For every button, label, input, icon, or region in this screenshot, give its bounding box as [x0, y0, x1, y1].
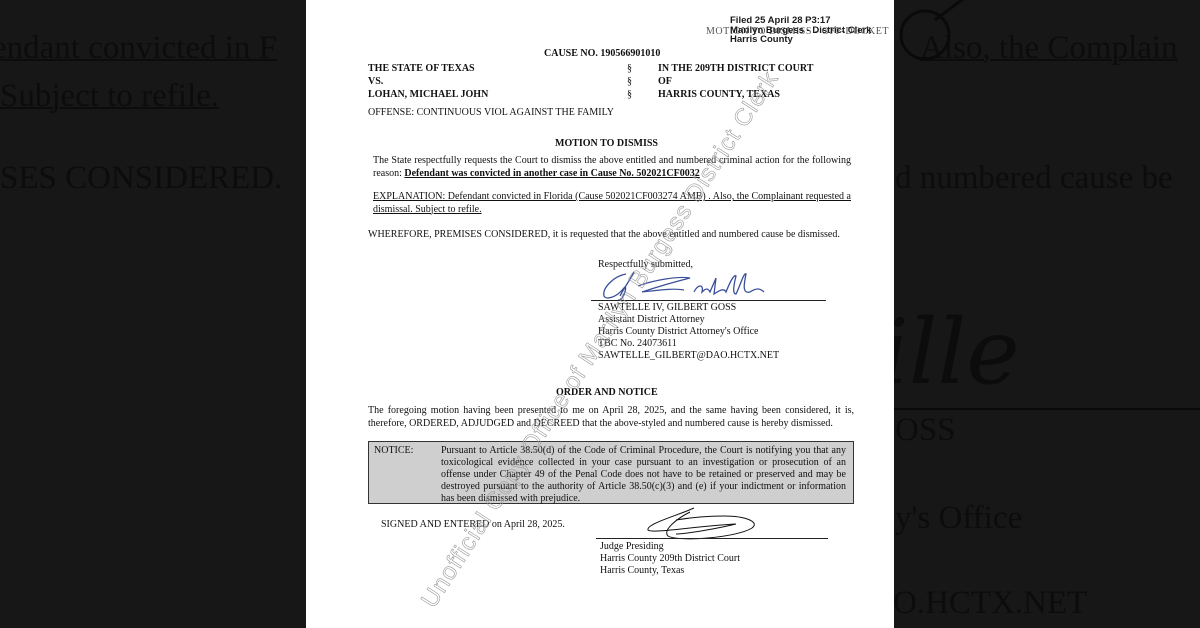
echo-line: endant convicted in F	[0, 30, 277, 67]
notice-box: NOTICE: Pursuant to Article 38.50(d) of …	[368, 441, 854, 504]
court-name: IN THE 209TH DISTRICT COURT	[658, 63, 813, 74]
section-mark: §	[627, 63, 632, 74]
section-mark: §	[627, 76, 632, 87]
party-vs: VS.	[368, 76, 383, 87]
echo-stamp-circle	[895, 0, 1015, 70]
judge-signature	[636, 504, 796, 542]
echo-line: OSS	[895, 412, 956, 449]
wherefore-clause: WHEREFORE, PREMISES CONSIDERED, it is re…	[368, 229, 856, 242]
county-stamp: Harris County	[730, 35, 793, 45]
offense: OFFENSE: CONTINUOUS VIOL AGAINST THE FAM…	[368, 107, 614, 118]
echo-line: O.HCTX.NET	[893, 585, 1087, 622]
party-defendant: LOHAN, MICHAEL JOHN	[368, 89, 488, 100]
cause-number: CAUSE NO. 190566901010	[544, 48, 660, 59]
echo-line: y's Office	[895, 500, 1022, 537]
echo-rule	[894, 408, 1200, 410]
motion-reason: Defendant was convicted in another case …	[404, 168, 699, 179]
echo-line: Subject to refile.	[0, 78, 219, 115]
echo-line: d numbered cause be	[895, 160, 1173, 197]
judge-location: Harris County, Texas	[600, 565, 684, 576]
prosecutor-email: SAWTELLE_GILBERT@DAO.HCTX.NET	[598, 350, 779, 361]
motion-request: The State respectfully requests the Cour…	[373, 155, 851, 180]
order-text: The foregoing motion having been present…	[368, 405, 854, 430]
court-of: OF	[658, 76, 672, 87]
judge-court: Harris County 209th District Court	[600, 553, 740, 564]
motion-explanation: EXPLANATION: Defendant convicted in Flor…	[373, 191, 851, 216]
echo-signature: ille	[880, 300, 1020, 405]
judge-title: Judge Presiding	[600, 541, 664, 552]
echo-line: SES CONSIDERED.	[0, 160, 282, 197]
document-page: MOTION TO DISMISS - OFF-DOCKET Filed 25 …	[306, 0, 894, 628]
notice-label: NOTICE:	[374, 445, 413, 456]
section-mark: §	[627, 89, 632, 100]
judge-signature-line	[596, 538, 828, 539]
party-state: THE STATE OF TEXAS	[368, 63, 475, 74]
motion-title: MOTION TO DISMISS	[555, 138, 658, 149]
